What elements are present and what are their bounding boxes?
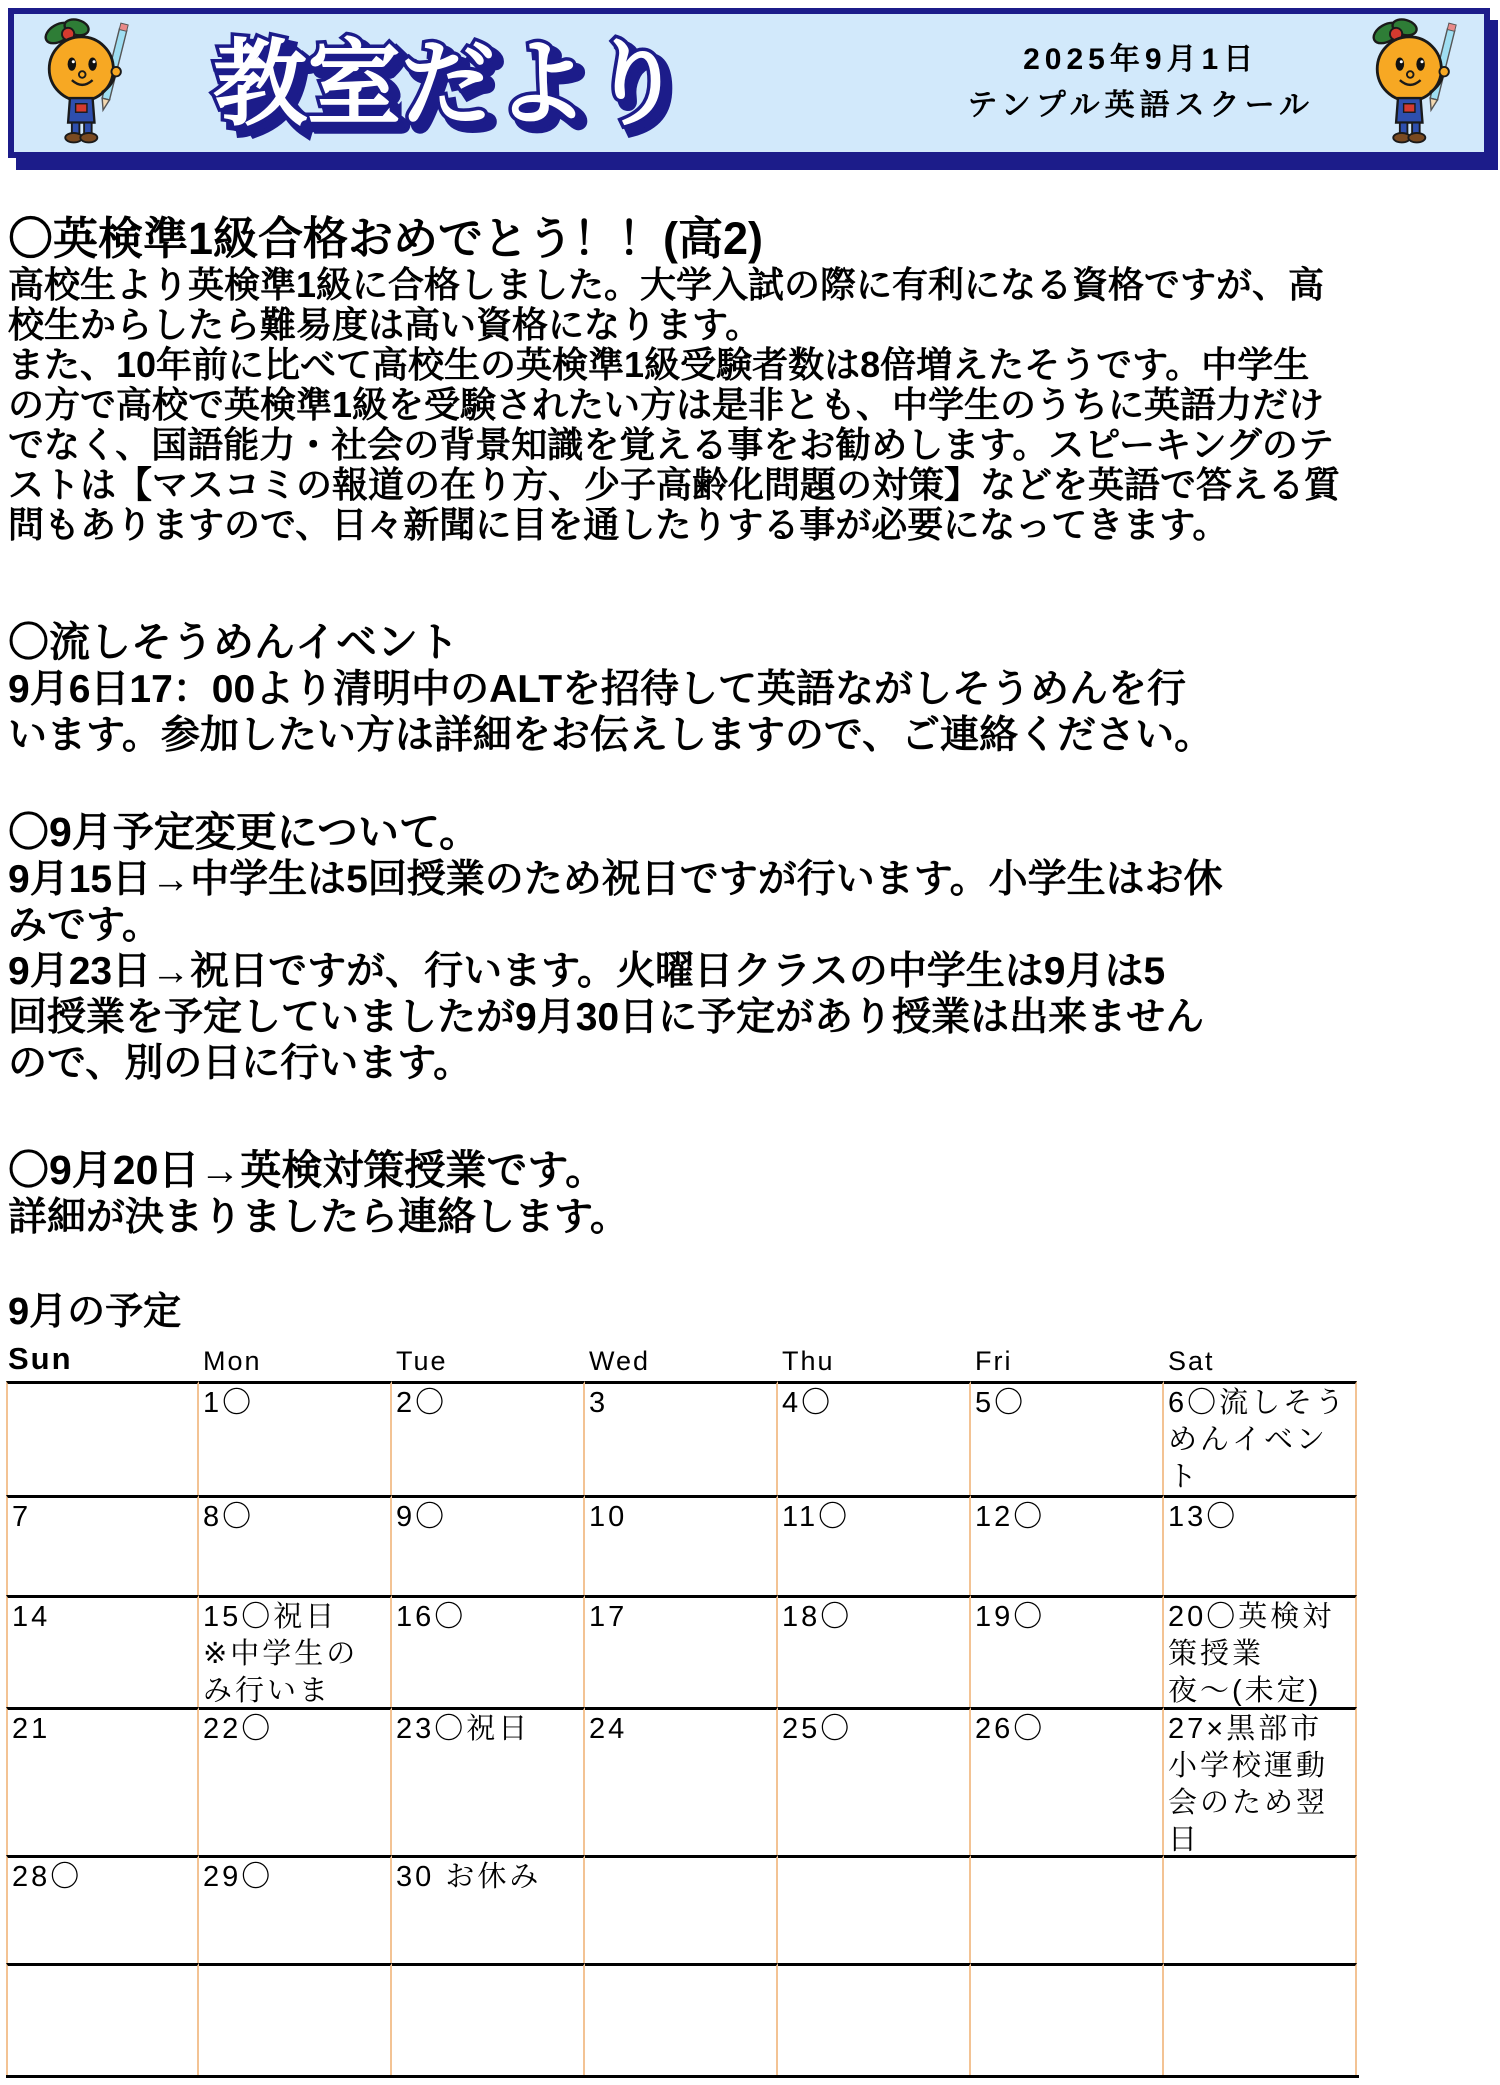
calendar-cell-r1c3: 2〇 bbox=[392, 1381, 585, 1495]
mascot-left-icon bbox=[34, 17, 138, 149]
newsletter-page: 教室だより 教室だより 2025年9月1日 テンプル英語スクール bbox=[0, 0, 1500, 2085]
calendar-cell-r4c4: 24 bbox=[585, 1707, 778, 1855]
calendar-cell-r2c1: 7 bbox=[6, 1495, 199, 1595]
calendar-cell-r4c2: 22〇 bbox=[199, 1707, 392, 1855]
calendar-day-header-fri: Fri bbox=[971, 1346, 1164, 1381]
school-name: テンプル英語スクール bbox=[967, 83, 1314, 129]
calendar-cell-r1c2: 1〇 bbox=[199, 1381, 392, 1495]
calendar-day-header-sun: Sun bbox=[6, 1341, 199, 1381]
calendar-day-header-mon: Mon bbox=[199, 1346, 392, 1381]
calendar-cell-r2c4: 10 bbox=[585, 1495, 778, 1595]
calendar-cell-r2c3: 9〇 bbox=[392, 1495, 585, 1595]
calendar-cell-r6c1 bbox=[6, 1963, 199, 2075]
september-calendar: Sun Mon Tue Wed Thu Fri Sat 1〇2〇34〇5〇6〇流… bbox=[6, 1337, 1359, 2078]
calendar-grid: 1〇2〇34〇5〇6〇流しそうめんイベント78〇9〇1011〇12〇13〇141… bbox=[6, 1381, 1359, 2078]
calendar-cell-r6c5 bbox=[778, 1963, 971, 2075]
section-heading: 〇9月20日→英検対策授業です。 bbox=[8, 1145, 1388, 1195]
section-body: 9月15日→中学生は5回授業のため祝日ですが行います。小学生はお休 みです。 9… bbox=[8, 857, 1388, 1087]
calendar-cell-r3c7: 20〇英検対策授業 夜～(未定) bbox=[1164, 1595, 1357, 1707]
calendar-cell-r5c4 bbox=[585, 1855, 778, 1963]
section-eiken-congrats: 〇英検準1級合格おめでとう！！(高2) 高校生より英検準1級に合格しました。大学… bbox=[8, 213, 1388, 545]
section-body: 高校生より英検準1級に合格しました。大学入試の際に有利になる資格ですが、高 校生… bbox=[8, 265, 1388, 545]
calendar-cell-r3c3: 16〇 bbox=[392, 1595, 585, 1707]
section-eiken-prep-lesson: 〇9月20日→英検対策授業です。 詳細が決まりましたら連絡します。 bbox=[8, 1145, 1388, 1241]
mascot-right-icon bbox=[1362, 17, 1466, 149]
calendar-day-header-wed: Wed bbox=[585, 1346, 778, 1381]
calendar-cell-r4c6: 26〇 bbox=[971, 1707, 1164, 1855]
section-heading: 〇9月予定変更について。 bbox=[8, 807, 1388, 857]
calendar-cell-r1c4: 3 bbox=[585, 1381, 778, 1495]
calendar-cell-r5c3: 30 お休み bbox=[392, 1855, 585, 1963]
calendar-cell-r6c2 bbox=[199, 1963, 392, 2075]
calendar-cell-r2c2: 8〇 bbox=[199, 1495, 392, 1595]
calendar-day-header-tue: Tue bbox=[392, 1346, 585, 1381]
calendar-cell-r2c7: 13〇 bbox=[1164, 1495, 1357, 1595]
section-heading: 〇英検準1級合格おめでとう！！(高2) bbox=[8, 213, 1388, 265]
calendar-cell-r5c2: 29〇 bbox=[199, 1855, 392, 1963]
calendar-cell-r1c1 bbox=[6, 1381, 199, 1495]
calendar-cell-r3c5: 18〇 bbox=[778, 1595, 971, 1707]
calendar-cell-r4c7: 27×黒部市小学校運動会のため翌日 bbox=[1164, 1707, 1357, 1855]
calendar-cell-r1c6: 5〇 bbox=[971, 1381, 1164, 1495]
calendar-day-header-thu: Thu bbox=[778, 1346, 971, 1381]
calendar-cell-r6c7 bbox=[1164, 1963, 1357, 2075]
calendar-cell-r6c4 bbox=[585, 1963, 778, 2075]
section-september-schedule-changes: 〇9月予定変更について。 9月15日→中学生は5回授業のため祝日ですが行います。… bbox=[8, 807, 1388, 1087]
section-nagashi-somen-event: 〇流しそうめんイベント 9月6日17：00より清明中のALTを招待して英語ながし… bbox=[8, 617, 1388, 759]
calendar-cell-r5c1: 28〇 bbox=[6, 1855, 199, 1963]
issue-date: 2025年9月1日 bbox=[967, 37, 1314, 83]
section-body: 詳細が決まりましたら連絡します。 bbox=[8, 1195, 1388, 1241]
newsletter-title-text: 教室だより bbox=[213, 31, 683, 136]
calendar-cell-r4c5: 25〇 bbox=[778, 1707, 971, 1855]
calendar-cell-r5c7 bbox=[1164, 1855, 1357, 1963]
newsletter-title: 教室だより 教室だより bbox=[208, 21, 768, 145]
calendar-cell-r1c7: 6〇流しそうめんイベント bbox=[1164, 1381, 1357, 1495]
calendar-cell-r2c5: 11〇 bbox=[778, 1495, 971, 1595]
calendar-title: 9月の予定 bbox=[8, 1289, 1500, 1335]
calendar-cell-r4c3: 23〇祝日 bbox=[392, 1707, 585, 1855]
newsletter-banner: 教室だより 教室だより 2025年9月1日 テンプル英語スクール bbox=[8, 8, 1490, 158]
section-body: 9月6日17：00より清明中のALTを招待して英語ながしそうめんを行 います。参… bbox=[8, 667, 1388, 759]
calendar-cell-r3c6: 19〇 bbox=[971, 1595, 1164, 1707]
calendar-cell-r5c5 bbox=[778, 1855, 971, 1963]
calendar-cell-r1c5: 4〇 bbox=[778, 1381, 971, 1495]
banner-info: 2025年9月1日 テンプル英語スクール bbox=[967, 37, 1314, 129]
calendar-cell-r5c6 bbox=[971, 1855, 1164, 1963]
section-heading: 〇流しそうめんイベント bbox=[8, 617, 1388, 667]
calendar-cell-r6c3 bbox=[392, 1963, 585, 2075]
calendar-cell-r4c1: 21 bbox=[6, 1707, 199, 1855]
newsletter-body: 〇英検準1級合格おめでとう！！(高2) 高校生より英検準1級に合格しました。大学… bbox=[0, 213, 1500, 1241]
calendar-day-header-sat: Sat bbox=[1164, 1346, 1357, 1381]
calendar-cell-r2c6: 12〇 bbox=[971, 1495, 1164, 1595]
calendar-cell-r3c4: 17 bbox=[585, 1595, 778, 1707]
calendar-cell-r3c2: 15〇祝日 ※中学生の み行います。 bbox=[199, 1595, 392, 1707]
calendar-day-header-row: Sun Mon Tue Wed Thu Fri Sat bbox=[6, 1337, 1359, 1381]
calendar-cell-r3c1: 14 bbox=[6, 1595, 199, 1707]
calendar-cell-r6c6 bbox=[971, 1963, 1164, 2075]
